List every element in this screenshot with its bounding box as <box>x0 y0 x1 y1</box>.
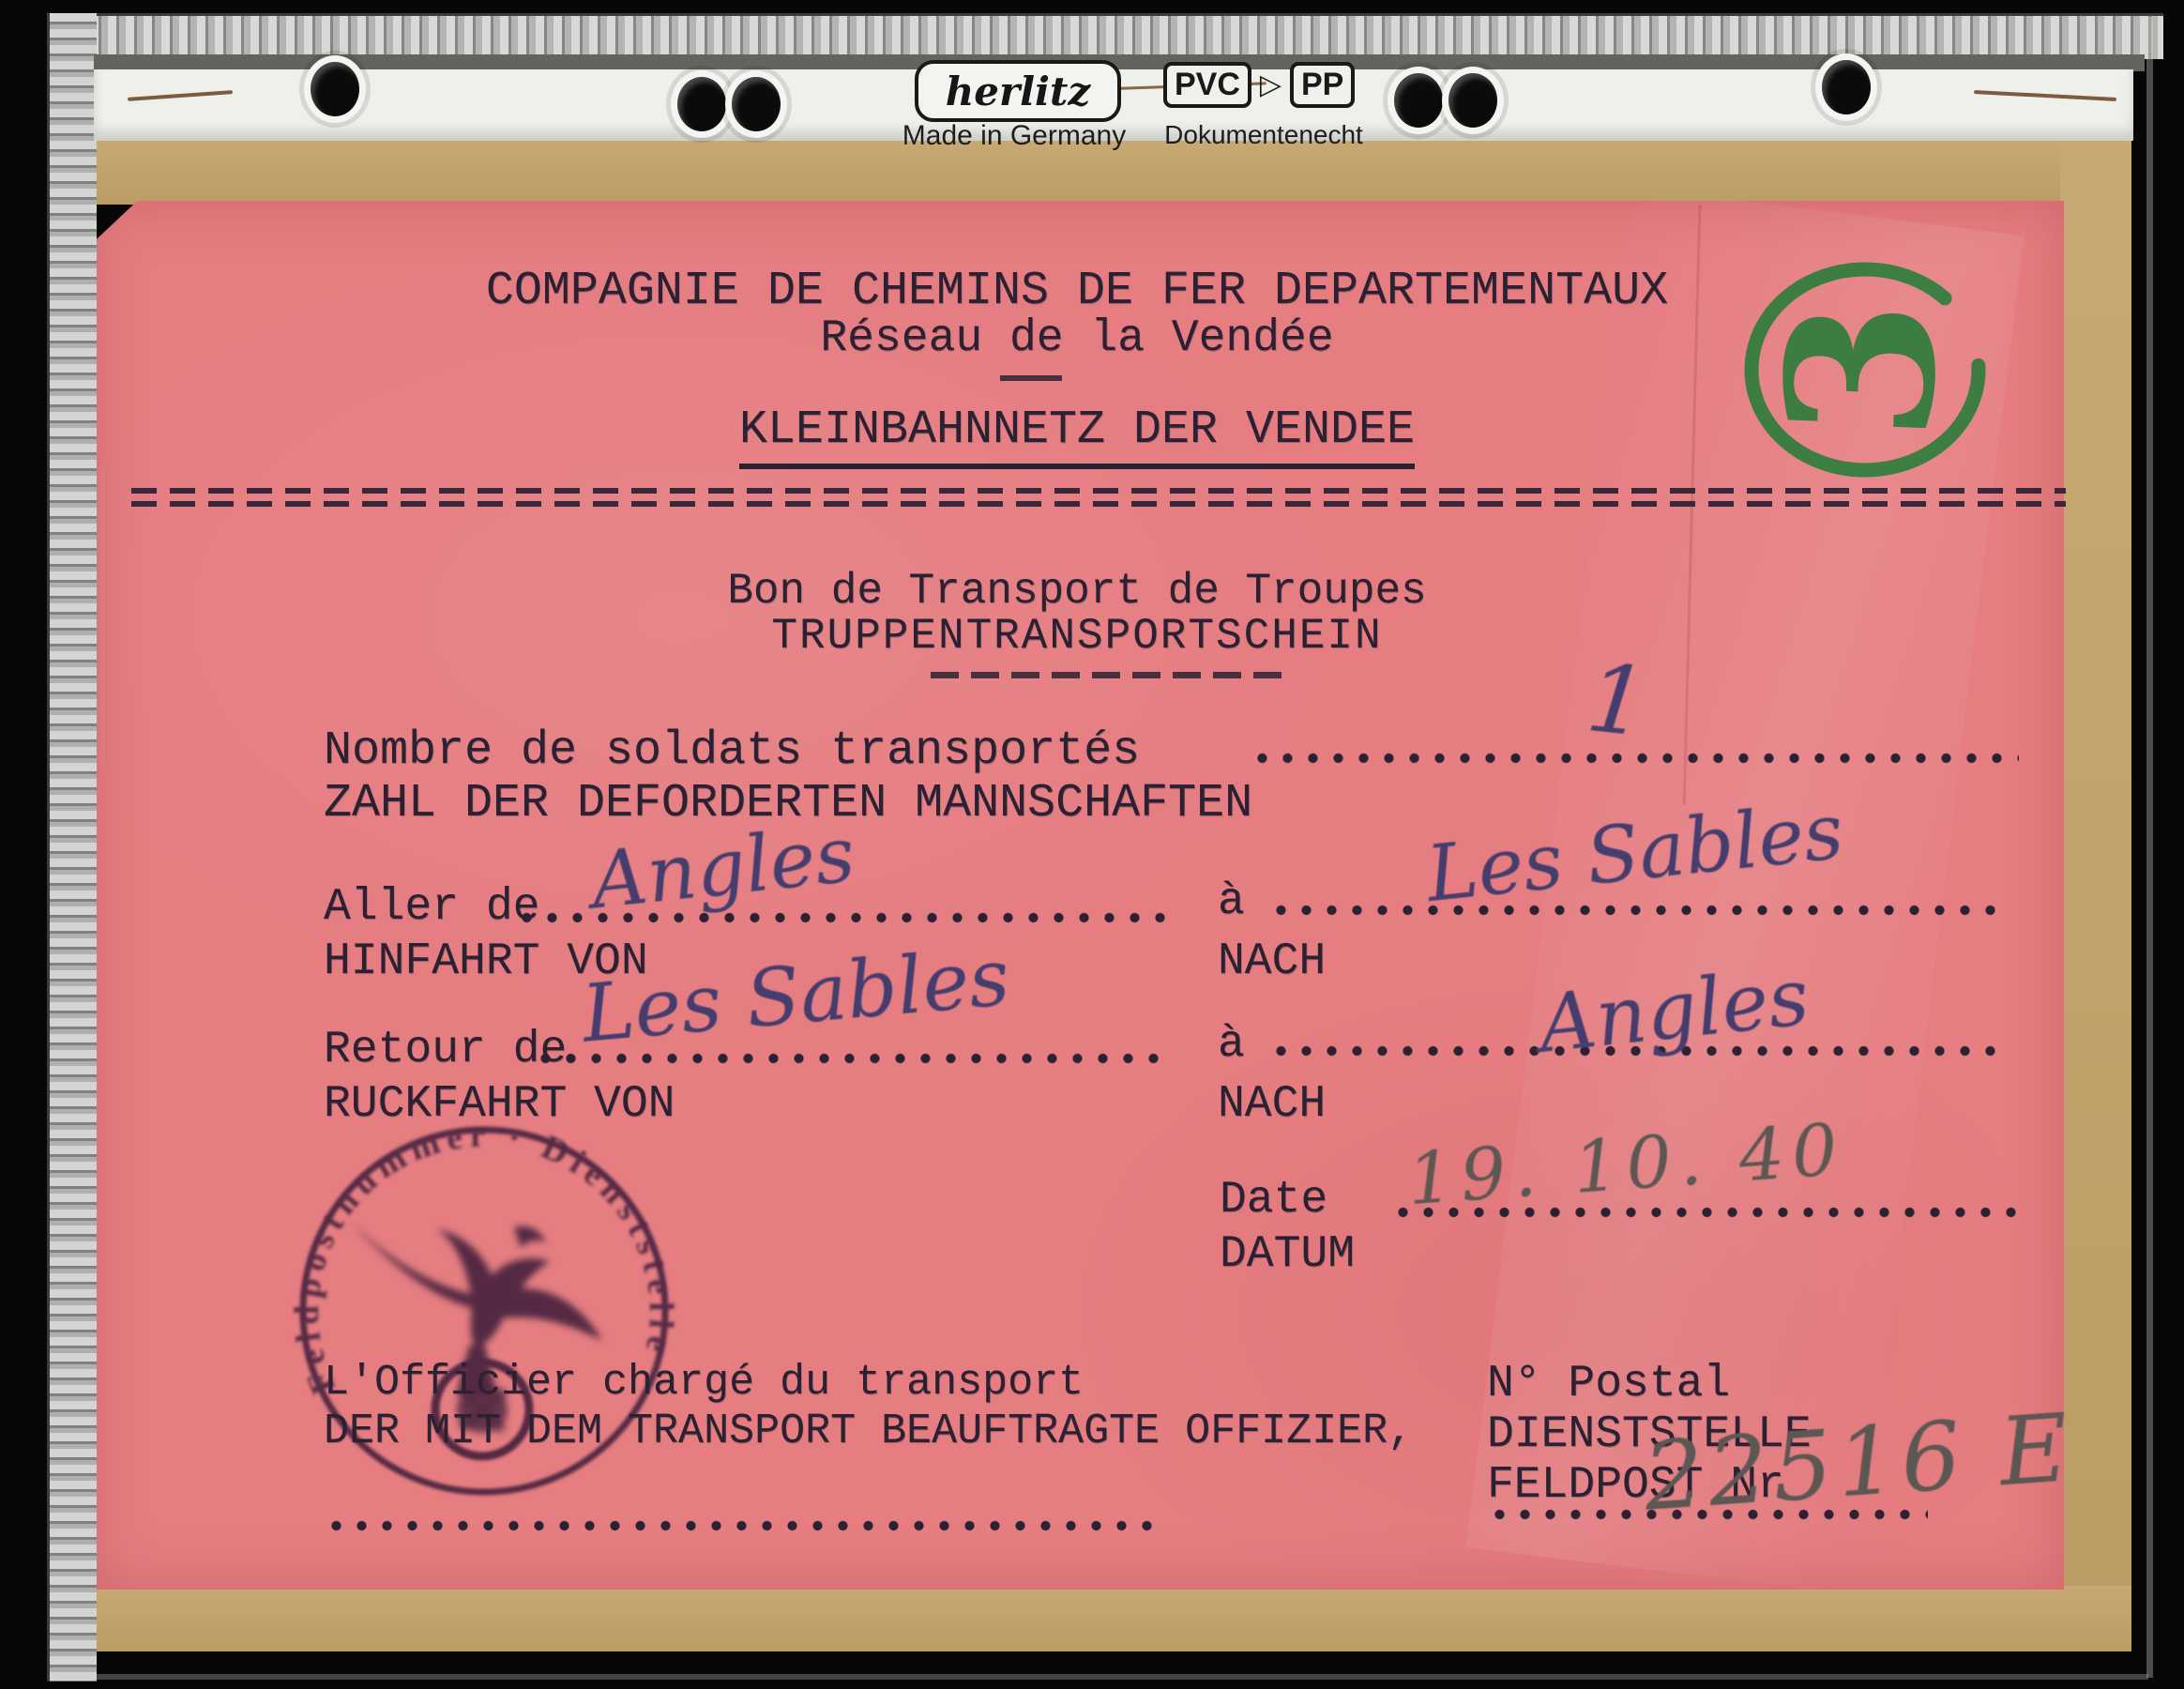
green-circle-annotation: 3 <box>1719 233 2011 507</box>
sleeve-edge-right <box>2146 17 2153 1678</box>
date-label-fr: Date <box>1220 1175 1327 1225</box>
made-in-germany-label: Made in Germany <box>896 120 1132 152</box>
voucher-title-fr: Bon de Transport de Troupes <box>90 567 2064 616</box>
network-title-text: KLEINBAHNNETZ DER VENDEE <box>739 403 1415 469</box>
green-number: 3 <box>1740 296 1982 444</box>
herlitz-logo: herlitz <box>915 60 1121 122</box>
binder-hole-5 <box>1448 73 1497 128</box>
binder-hole-1 <box>311 62 359 116</box>
voucher-title-de: TRUPPENTRANSPORTSCHEIN <box>90 612 2064 661</box>
binder-hole-3 <box>732 77 781 131</box>
count-value-handwritten: 1 <box>1582 643 1653 758</box>
binder-hole-4 <box>1394 73 1443 128</box>
sleeve-binding-comb-top <box>90 13 2163 59</box>
return-to-label-de: NACH <box>1218 1079 1326 1130</box>
outbound-to-label-de: NACH <box>1218 936 1326 987</box>
officer-label-fr: L'Officier chargé du transport <box>324 1359 1084 1407</box>
officer-label-de: DER MIT DEM TRANSPORT BEAUFTRAGTE OFFIZI… <box>324 1407 1413 1455</box>
outbound-to-dots <box>1268 903 2010 918</box>
sleeve-edge-bottom <box>56 1674 2148 1680</box>
signature-dots <box>324 1518 1159 1533</box>
feldpost-dots <box>1487 1507 1928 1522</box>
return-label-fr: Retour de <box>324 1025 567 1075</box>
postal-label-fr: N° Postal <box>1487 1359 1730 1409</box>
pvc-label: PVC <box>1163 62 1251 108</box>
material-labels: PVC ▷ PP <box>1163 62 1355 108</box>
arrow-right-icon: ▷ <box>1260 68 1282 101</box>
outbound-to-prefix: à <box>1218 876 1245 927</box>
scanned-document-scene: COMPAGNIE DE CHEMINS DE FER DEPARTEMENTA… <box>0 0 2184 1689</box>
outbound-label-fr: Aller de <box>324 882 539 933</box>
sleeve-binding-comb-left <box>47 13 97 1681</box>
count-label-fr: Nombre de soldats transportés <box>324 724 1140 778</box>
binder-hole-2 <box>677 77 726 131</box>
header-dash <box>1000 375 1062 381</box>
return-to-prefix: à <box>1218 1019 1245 1070</box>
dokumentenecht-label: Dokumentenecht <box>1146 120 1381 150</box>
date-label-de: DATUM <box>1220 1229 1355 1280</box>
herlitz-brand-text: herlitz <box>946 68 1091 114</box>
title-underline <box>931 672 1287 678</box>
backing-board-bottom <box>90 1586 2131 1651</box>
binder-hole-6 <box>1822 60 1871 114</box>
pp-label: PP <box>1290 62 1355 108</box>
